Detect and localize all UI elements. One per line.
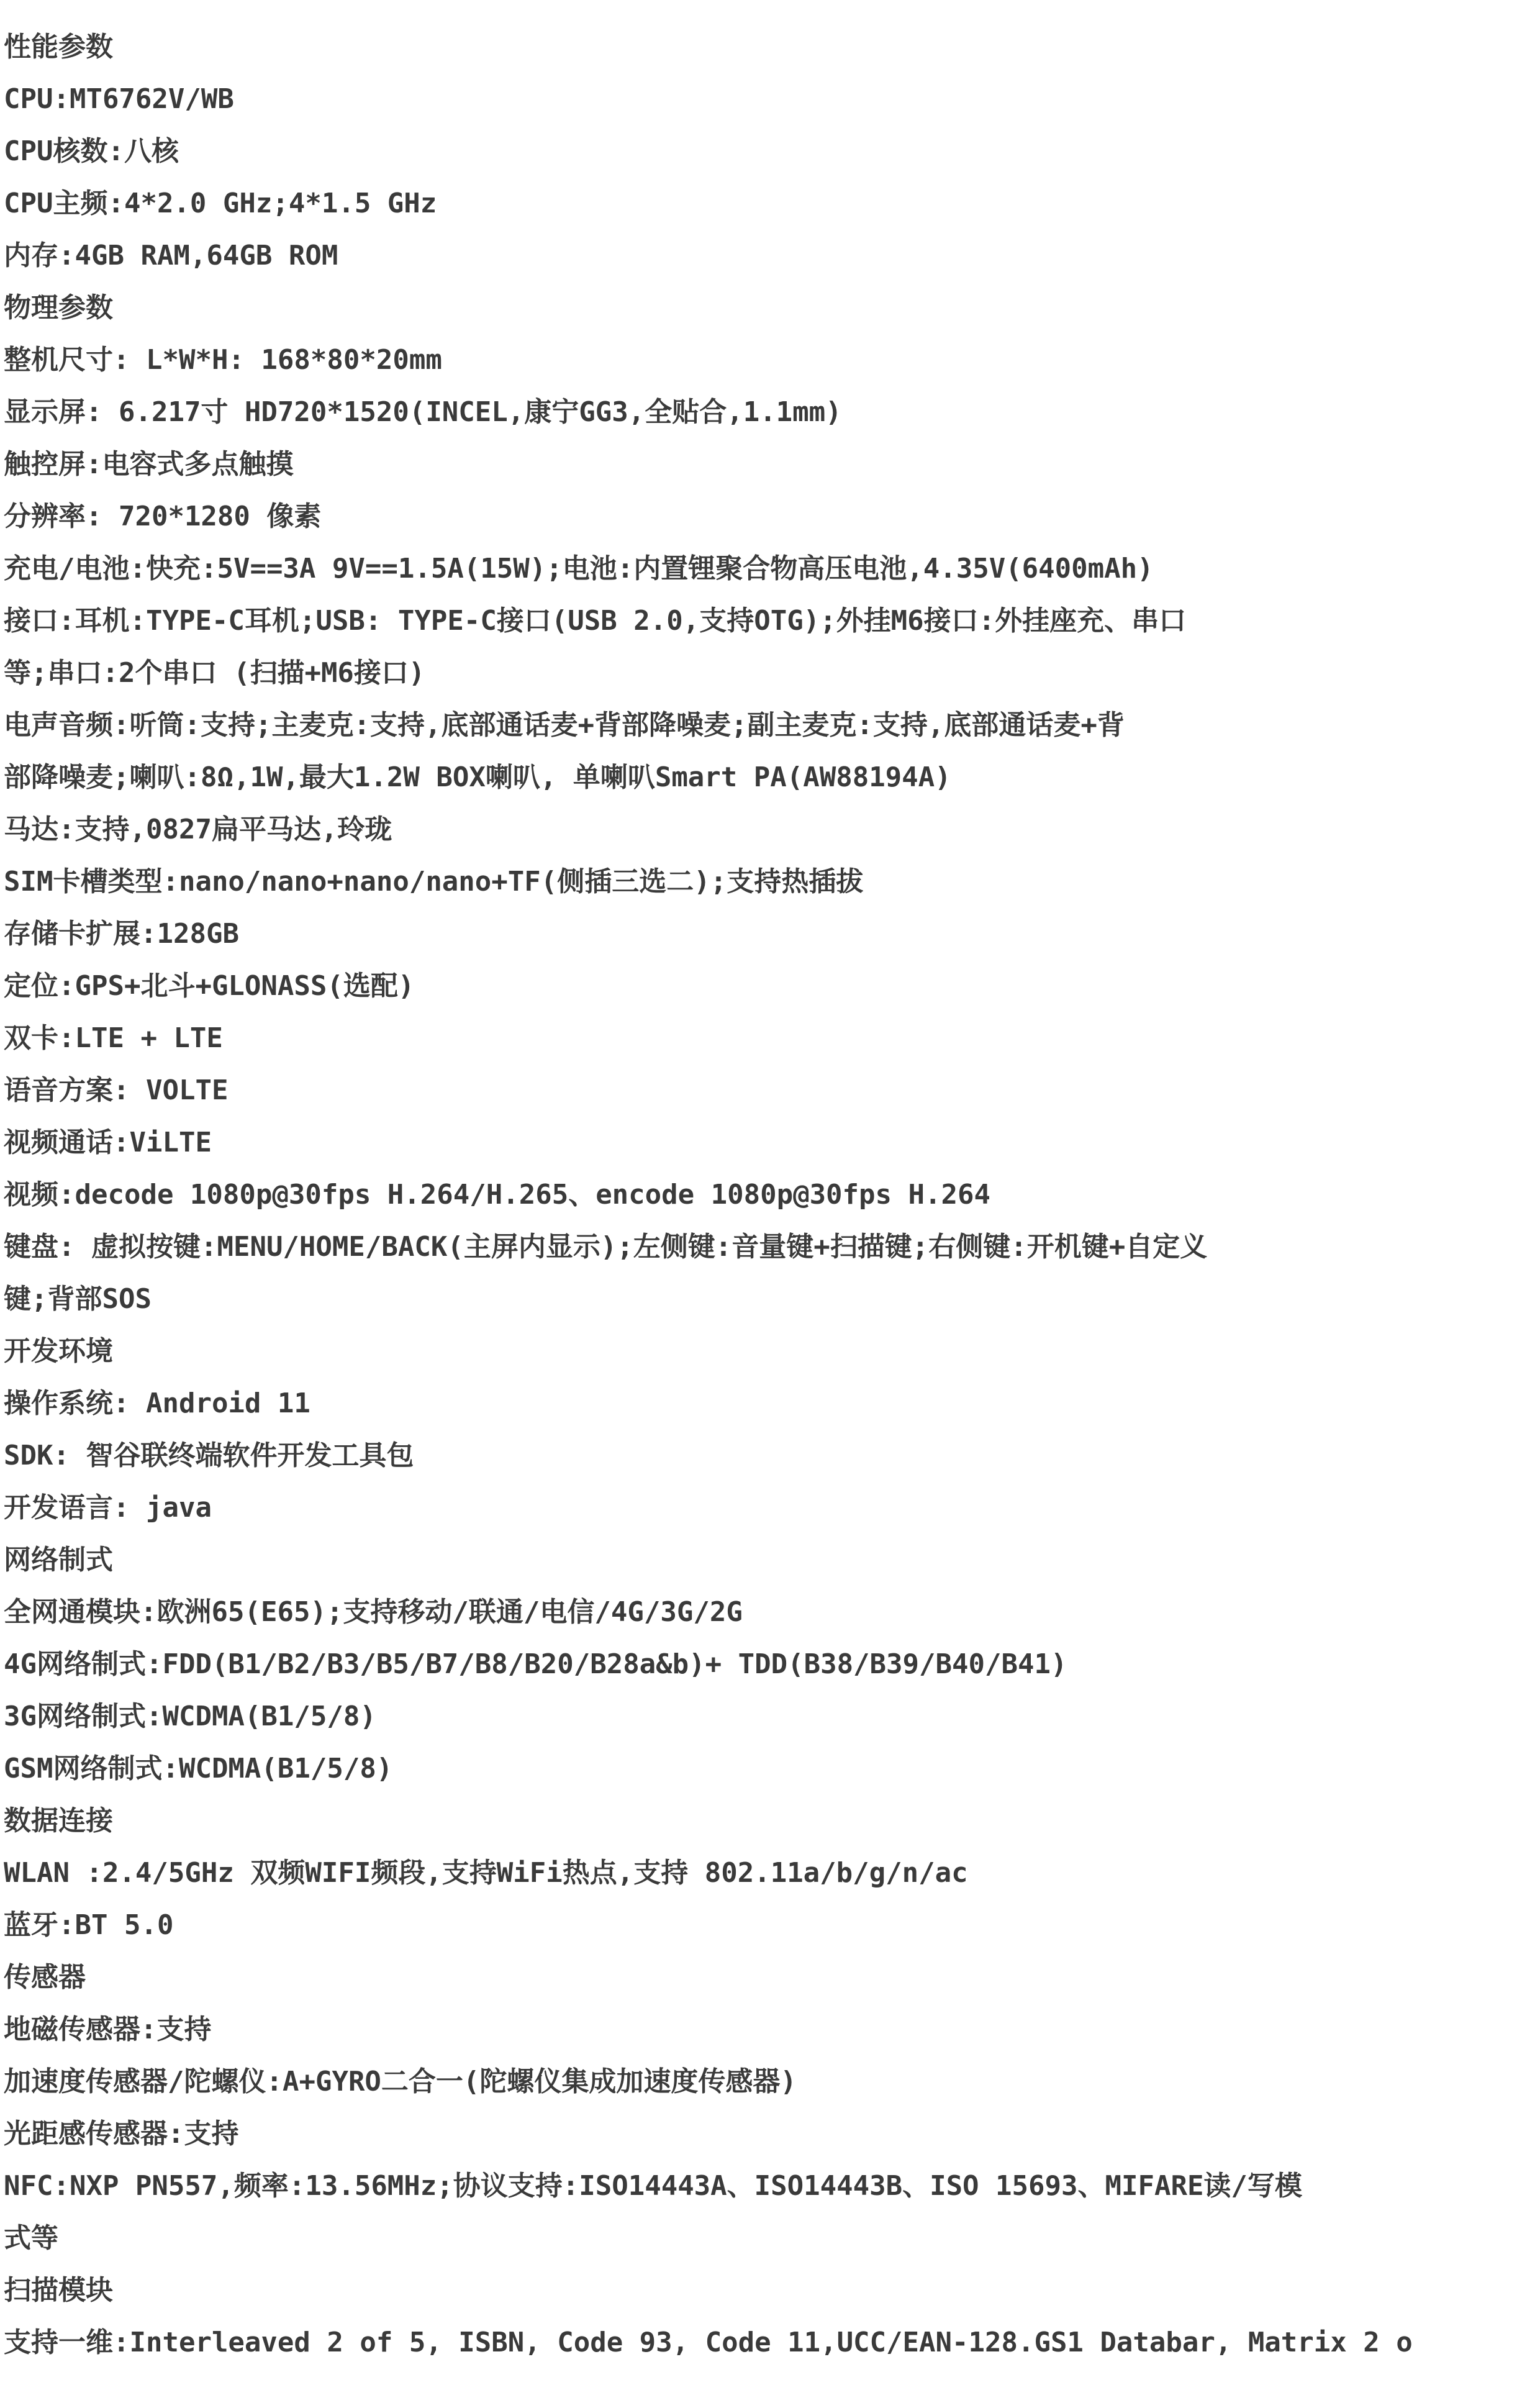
section-header-line: 传感器 (4, 1951, 1540, 2004)
spec-line: SDK: 智谷联终端软件开发工具包 (4, 1430, 1540, 1482)
spec-line: 部降噪麦;喇叭:8Ω,1W,最大1.2W BOX喇叭, 单喇叭Smart PA(… (4, 752, 1540, 804)
spec-line: 定位:GPS+北斗+GLONASS(选配) (4, 960, 1540, 1012)
spec-line: 触控屏:电容式多点触摸 (4, 438, 1540, 491)
spec-line: NFC:NXP PN557,频率:13.56MHz;协议支持:ISO14443A… (4, 2160, 1540, 2212)
spec-line: 存储卡扩展:128GB (4, 908, 1540, 960)
spec-line: 视频通话:ViLTE (4, 1117, 1540, 1169)
spec-line: 蓝牙:BT 5.0 (4, 1899, 1540, 1951)
spec-line: 内存:4GB RAM,64GB ROM (4, 230, 1540, 282)
spec-line: 分辨率: 720*1280 像素 (4, 491, 1540, 543)
section-header-line: 扫描模块 (4, 2265, 1540, 2317)
spec-line: 式等 (4, 2212, 1540, 2265)
spec-line: 双卡:LTE + LTE (4, 1012, 1540, 1065)
spec-line: 支持一维:Interleaved 2 of 5, ISBN, Code 93, … (4, 2317, 1540, 2369)
spec-line: CPU:MT6762V/WB (4, 73, 1540, 125)
spec-line: 键盘: 虚拟按键:MENU/HOME/BACK(主屏内显示);左侧键:音量键+扫… (4, 1221, 1540, 1273)
spec-line: GSM网络制式:WCDMA(B1/5/8) (4, 1743, 1540, 1795)
spec-line: WLAN :2.4/5GHz 双频WIFI频段,支持WiFi热点,支持 802.… (4, 1847, 1540, 1899)
spec-line: 全网通模块:欧洲65(E65);支持移动/联通/电信/4G/3G/2G (4, 1586, 1540, 1638)
spec-line: SIM卡槽类型:nano/nano+nano/nano+TF(侧插三选二);支持… (4, 856, 1540, 908)
spec-line: 4G网络制式:FDD(B1/B2/B3/B5/B7/B8/B20/B28a&b)… (4, 1638, 1540, 1691)
spec-line: 操作系统: Android 11 (4, 1378, 1540, 1430)
section-header-line: 物理参数 (4, 282, 1540, 334)
spec-line: 视频:decode 1080p@30fps H.264/H.265、encode… (4, 1169, 1540, 1221)
spec-line: 语音方案: VOLTE (4, 1065, 1540, 1117)
section-header-line: 开发环境 (4, 1325, 1540, 1378)
spec-line: 电声音频:听筒:支持;主麦克:支持,底部通话麦+背部降噪麦;副主麦克:支持,底部… (4, 699, 1540, 752)
spec-line: 光距感传感器:支持 (4, 2108, 1540, 2160)
spec-line: 开发语言: java (4, 1482, 1540, 1534)
spec-line: 显示屏: 6.217寸 HD720*1520(INCEL,康宁GG3,全贴合,1… (4, 386, 1540, 438)
spec-line: 等;串口:2个串口 (扫描+M6接口) (4, 647, 1540, 699)
section-header-line: 性能参数 (4, 21, 1540, 73)
spec-line: 键;背部SOS (4, 1273, 1540, 1325)
spec-line: CPU主频:4*2.0 GHz;4*1.5 GHz (4, 178, 1540, 230)
section-header-line: 网络制式 (4, 1534, 1540, 1586)
section-header-line: 数据连接 (4, 1795, 1540, 1847)
spec-line: 地磁传感器:支持 (4, 2004, 1540, 2056)
spec-line: 整机尺寸: L*W*H: 168*80*20mm (4, 334, 1540, 386)
spec-line: 充电/电池:快充:5V==3A 9V==1.5A(15W);电池:内置锂聚合物高… (4, 543, 1540, 595)
spec-line: 加速度传感器/陀螺仪:A+GYRO二合一(陀螺仪集成加速度传感器) (4, 2056, 1540, 2108)
spec-line: 3G网络制式:WCDMA(B1/5/8) (4, 1691, 1540, 1743)
spec-document: 性能参数CPU:MT6762V/WBCPU核数:八核CPU主频:4*2.0 GH… (0, 0, 1540, 2385)
spec-line: CPU核数:八核 (4, 125, 1540, 178)
spec-line: 马达:支持,0827扁平马达,玲珑 (4, 804, 1540, 856)
spec-line: 接口:耳机:TYPE-C耳机;USB: TYPE-C接口(USB 2.0,支持O… (4, 595, 1540, 647)
